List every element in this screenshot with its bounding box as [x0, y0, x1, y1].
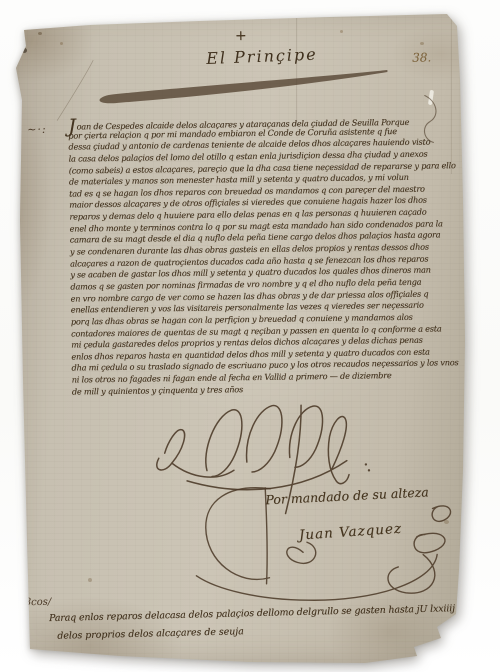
manuscript-paper: + El Prinçipe 38. ~·: Joan de Cespedes a… — [0, 0, 500, 672]
manuscript-content: + El Prinçipe 38. ~·: Joan de Cespedes a… — [0, 0, 500, 672]
header-paraph-flourish — [99, 70, 388, 103]
docket-margin-mark: 8cos/ — [25, 597, 52, 608]
docket-summary-line: Paraq enlos reparos delacasa delos palaç… — [49, 603, 472, 624]
cross-mark: + — [235, 28, 247, 44]
letter-body: Joan de Cespedes alcaide delos alcaçares… — [68, 113, 450, 398]
folio-number: 38. — [412, 50, 431, 64]
drop-initial: J — [68, 115, 76, 137]
secretary-signature: Juan Vazquez — [298, 517, 459, 544]
secretary-attestation: Por mandado de su alteza — [265, 483, 465, 508]
manuscript-photo: + El Prinçipe 38. ~·: Joan de Cespedes a… — [0, 0, 500, 672]
page-title: El Prinçipe — [206, 45, 318, 68]
notarial-margin-mark: ~·: — [27, 123, 47, 136]
scratch-line — [56, 60, 94, 121]
docket-summary-line: delos proprios delos alcaçares de seuja — [57, 626, 244, 642]
paper-shadow: + El Prinçipe 38. ~·: Joan de Cespedes a… — [0, 0, 500, 672]
tear-speck — [17, 36, 24, 42]
